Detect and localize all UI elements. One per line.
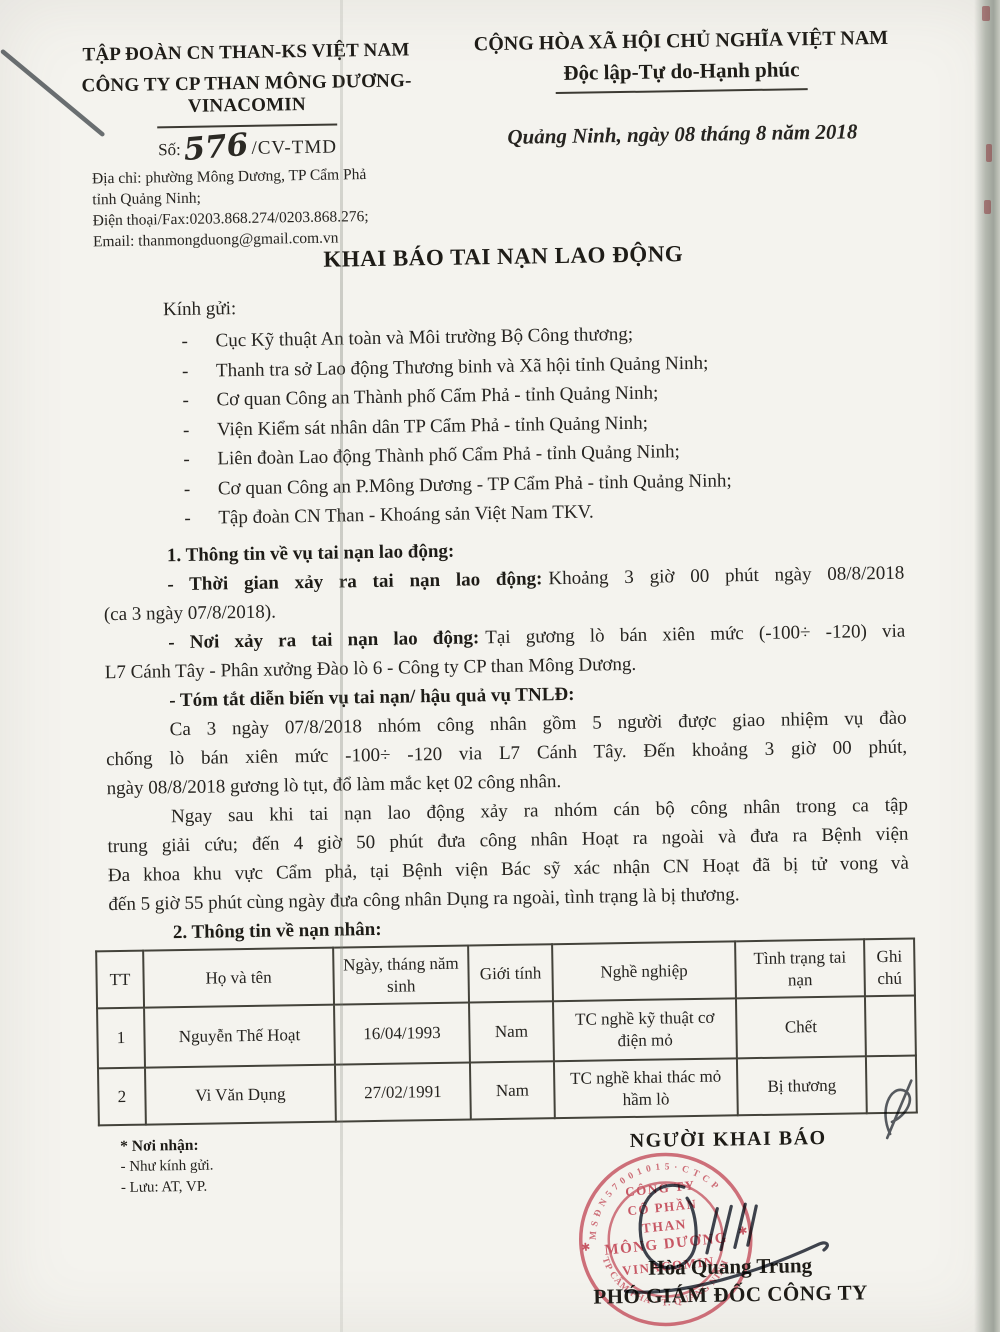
org-address-block: Địa chỉ: phường Mông Dương, TP Cẩm Phả t… <box>92 162 469 252</box>
victims-table: TT Họ và tên Ngày, tháng năm sinh Giới t… <box>95 938 918 1127</box>
col-header-status: Tình trạng tai nạn <box>735 939 865 998</box>
pen-mark-top-left <box>0 6 143 168</box>
national-header-block: CỘNG HÒA XÃ HỘI CHỦ NGHĨA VIỆT NAM Độc l… <box>461 27 903 151</box>
cell-sex: Nam <box>470 1061 555 1119</box>
cell-name: Nguyễn Thế Hoạt <box>144 1005 335 1068</box>
list-dash: - <box>184 503 218 533</box>
noi-nhan-heading: * Nơi nhận: <box>120 1135 213 1157</box>
edge-red-mark <box>982 6 990 21</box>
list-dash: - <box>182 385 216 415</box>
cell-note <box>865 996 916 1057</box>
national-title: CỘNG HÒA XÃ HỘI CHỦ NGHĨA VIỆT NAM <box>461 27 901 57</box>
document-number-suffix: /CV-TMD <box>251 137 337 159</box>
cell-dob: 16/04/1993 <box>334 1003 470 1065</box>
declarant-role-heading: NGƯỜI KHAI BÁO <box>563 1126 893 1154</box>
table-row: 2 Vi Văn Dụng 27/02/1991 Nam TC nghề kha… <box>98 1056 917 1126</box>
list-dash: - <box>181 326 215 356</box>
paper-crease <box>340 0 343 1332</box>
col-header-name: Họ và tên <box>143 948 334 1008</box>
recipients-footer-block: * Nơi nhận: - Như kính gửi. - Lưu: AT, V… <box>120 1135 214 1199</box>
cell-sex: Nam <box>469 1001 554 1062</box>
list-dash: - <box>184 474 218 504</box>
motto-underline-rule <box>556 88 808 94</box>
col-header-note: Ghi chú <box>864 939 915 997</box>
national-motto: Độc lập-Tự do-Hạnh phúc <box>461 56 901 88</box>
scanned-document-page: TẬP ĐOÀN CN THAN-KS VIỆT NAM CÔNG TY CP … <box>0 0 1000 1332</box>
document-content: TẬP ĐOÀN CN THAN-KS VIỆT NAM CÔNG TY CP … <box>0 0 1000 1332</box>
accident-time-value: Khoảng 3 giờ 00 phút ngày 08/8/2018 <box>548 563 904 590</box>
list-dash: - <box>183 444 217 474</box>
recipient-text: Tập đoàn CN Than - Khoáng sản Việt Nam T… <box>218 498 594 533</box>
list-dash: - <box>183 415 217 445</box>
accident-place-value: Tại gương lò bán xiên mức (-100÷ -120) v… <box>485 621 905 649</box>
cell-name: Vi Văn Dụng <box>145 1065 336 1125</box>
handwritten-initials-mark <box>865 1071 930 1144</box>
document-body: 1. Thông tin về vụ tai nạn lao động: - T… <box>103 530 910 949</box>
signature-ink <box>583 1155 855 1304</box>
accident-place-label: - Nơi xảy ra tai nạn lao động: <box>168 627 479 653</box>
accident-time-label: - Thời gian xảy ra tai nạn lao động: <box>167 568 542 595</box>
edge-red-mark <box>984 200 991 214</box>
noi-nhan-item: - Như kính gửi. <box>120 1156 213 1178</box>
cell-status: Bị thương <box>737 1056 867 1115</box>
salutation: Kính gửi: <box>163 298 236 321</box>
list-dash: - <box>182 356 216 386</box>
cell-occupation: TC nghề kỹ thuật cơ điện mỏ <box>553 998 737 1061</box>
col-header-tt: TT <box>96 951 144 1009</box>
edge-red-mark <box>986 144 992 162</box>
place-date-line: Quảng Ninh, ngày 08 tháng 8 năm 2018 <box>462 119 902 151</box>
col-header-sex: Giới tính <box>468 944 553 1002</box>
col-header-occupation: Nghề nghiệp <box>552 941 736 1001</box>
document-number-prefix: Số: <box>158 140 181 159</box>
cell-tt: 2 <box>98 1068 146 1126</box>
recipient-list: -Cục Kỹ thuật An toàn và Môi trường Bộ C… <box>181 315 924 533</box>
col-header-dob: Ngày, tháng năm sinh <box>333 946 469 1005</box>
cell-occupation: TC nghề khai thác mỏ hầm lò <box>554 1058 738 1118</box>
cell-status: Chết <box>736 996 866 1058</box>
document-number-handwritten: 576 <box>183 130 250 166</box>
cell-dob: 27/02/1991 <box>335 1063 471 1122</box>
noi-nhan-item: - Lưu: AT, VP. <box>121 1177 214 1199</box>
cell-tt: 1 <box>97 1008 145 1069</box>
